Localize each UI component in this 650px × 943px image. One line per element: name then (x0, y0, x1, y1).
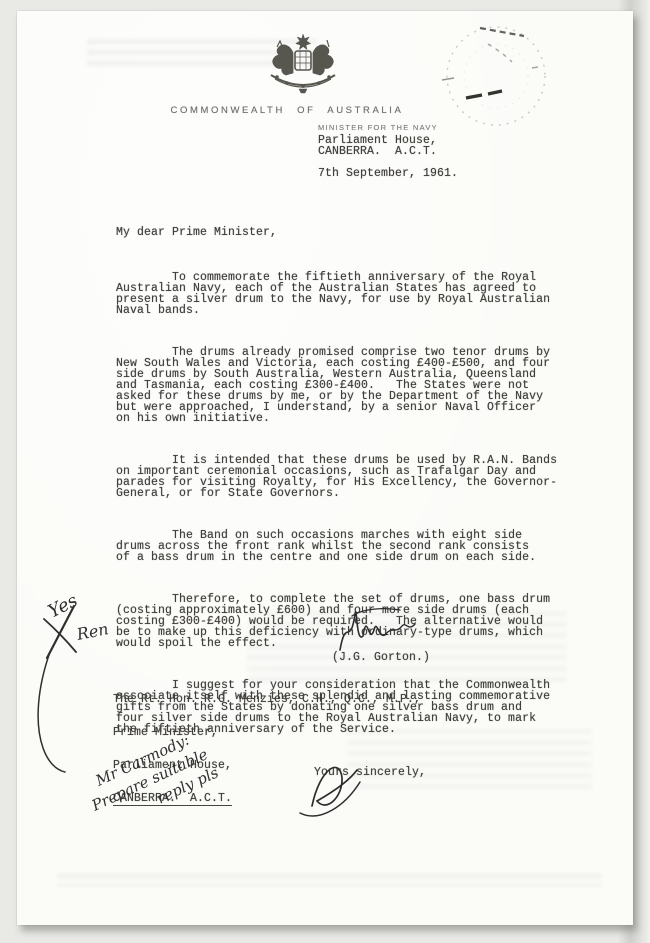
coat-of-arms-icon (255, 33, 351, 99)
faint-circular-stamp (428, 16, 568, 134)
paragraph-4: The Band on such occasions marches with … (116, 530, 568, 563)
recipient-line: Prime Minister, (113, 727, 421, 738)
sender-address-line2: CANBERRA. A.C.T. (318, 145, 437, 158)
letter-paper: COMMONWEALTH OF AUSTRALIA MINISTER FOR T… (17, 11, 633, 925)
paragraph-3: It is intended that these drums be used … (116, 455, 568, 499)
recipient-line: Parliament House, (113, 760, 421, 771)
signature-name: (J.G. Gorton.) (332, 652, 430, 663)
bleedthrough-smudge (57, 873, 602, 887)
paragraph-5: Therefore, to complete the set of drums,… (116, 594, 568, 649)
salutation: My dear Prime Minister, (116, 227, 568, 238)
recipient-line: The Rt. Hon. R.G. Menzies, C.H., Q.C., M… (113, 694, 421, 705)
sender-address: Parliament House,CANBERRA. A.C.T. (318, 135, 437, 157)
paragraph-1: To commemorate the fiftieth anniversary … (116, 272, 568, 316)
scanned-letter: COMMONWEALTH OF AUSTRALIA MINISTER FOR T… (0, 0, 650, 943)
recipient-block: The Rt. Hon. R.G. Menzies, C.H., Q.C., M… (113, 672, 421, 828)
paragraph-2: The drums already promised comprise two … (116, 347, 568, 424)
letter-date: 7th September, 1961. (318, 168, 458, 179)
recipient-city-underlined: CANBERRA. A.C.T. (113, 793, 232, 806)
letterhead-office: MINISTER FOR THE NAVY (318, 123, 438, 132)
letterhead-org: COMMONWEALTH OF AUSTRALIA (167, 105, 407, 116)
